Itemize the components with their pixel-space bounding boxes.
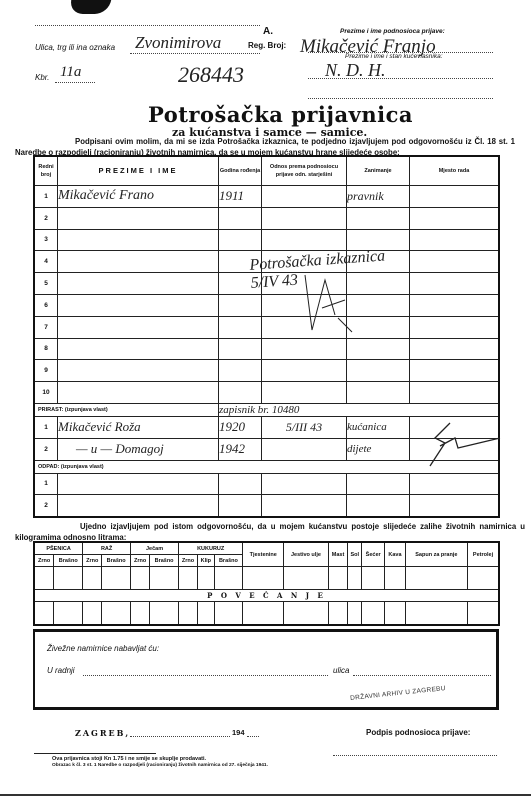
row-occupation[interactable]: pravnik [347, 186, 410, 208]
row-relation[interactable]: 5/III 43 [262, 416, 347, 438]
row-year[interactable] [219, 360, 262, 382]
group-header-psenica: PŠENICA [34, 542, 83, 555]
table-row: 3 [34, 229, 499, 251]
household-header-row: Redni broj PREZIME I IME Godina rođenja … [34, 156, 499, 186]
purchase-label: Živežne namirnice nabavljat ću: [47, 644, 159, 653]
form-title: Potrošačka prijavnica [148, 102, 413, 127]
sub-header: Zrno [178, 555, 197, 567]
row-year[interactable] [219, 316, 262, 338]
row-workplace[interactable] [410, 207, 500, 229]
initial-scribble-icon [300, 270, 360, 340]
stock-cell[interactable] [284, 567, 329, 590]
col-header-year: Godina rođenja [219, 156, 262, 186]
row-num: 1 [34, 416, 58, 438]
stock-cell[interactable] [131, 567, 150, 590]
row-year[interactable]: 1911 [219, 186, 262, 208]
row-occupation[interactable] [347, 360, 410, 382]
col-header-tjestenine: Tjestenine [243, 542, 284, 567]
row-occupation[interactable] [347, 495, 410, 517]
row-workplace[interactable] [410, 473, 500, 495]
stock-cell[interactable] [468, 567, 499, 590]
stock-cell[interactable] [362, 567, 385, 590]
col-header-workplace: Mjesto rada [410, 156, 500, 186]
landlord-field[interactable] [308, 78, 493, 79]
row-name[interactable] [58, 273, 219, 295]
row-num: 8 [34, 338, 58, 360]
col-header-sapun: Sapun za pranje [405, 542, 467, 567]
footer-rule [34, 753, 156, 754]
table-row: 6 [34, 294, 499, 316]
col-header-mast: Mast [328, 542, 348, 567]
prirast-section-row: PRIRAST: (izpunjava vlast) zapisnik br. … [34, 403, 499, 416]
stock-cell[interactable] [131, 602, 150, 626]
table-row: 2 [34, 495, 499, 517]
stock-values-row [34, 567, 499, 590]
price-note: Ova prijavnica stoji Kn 1.75 i ne smije … [52, 756, 206, 762]
top-dotted-line [35, 25, 260, 26]
street-value: Zvonimirova [135, 33, 221, 53]
row-workplace[interactable] [410, 360, 500, 382]
row-workplace[interactable] [410, 251, 500, 273]
year-suffix-field[interactable] [247, 736, 259, 737]
prirast-note: zapisnik br. 10480 [219, 403, 500, 416]
col-header-petrolej: Petrolej [468, 542, 499, 567]
stock-cell[interactable] [102, 567, 131, 590]
col-header-ulje: Jestivo ulje [284, 542, 329, 567]
row-year[interactable] [219, 207, 262, 229]
stock-cell[interactable] [102, 602, 131, 626]
stock-cell[interactable] [468, 602, 499, 626]
row-year[interactable]: 1942 [219, 438, 262, 460]
row-occupation[interactable] [347, 207, 410, 229]
stock-cell[interactable] [348, 602, 362, 626]
row-num: 1 [34, 186, 58, 208]
row-workplace[interactable] [410, 338, 500, 360]
purchase-box: Živežne namirnice nabavljat ću: U radnji… [33, 629, 499, 710]
increase-header-row: P O V E Ć A N J E [34, 590, 499, 602]
col-header-kava: Kava [385, 542, 405, 567]
stock-cell[interactable] [243, 567, 284, 590]
row-year[interactable] [219, 473, 262, 495]
table-row: 1 [34, 473, 499, 495]
row-occupation[interactable] [347, 338, 410, 360]
table-row: 1 Mikačević Frano 1911 pravnik [34, 186, 499, 208]
row-name[interactable] [58, 360, 219, 382]
row-workplace[interactable] [410, 316, 500, 338]
row-name[interactable]: Mikačević Frano [58, 186, 219, 208]
stock-cell[interactable] [385, 567, 405, 590]
stock-table: PŠENICA RAŽ Ječam KUKURUZ Tjestenine Jes… [33, 541, 500, 626]
group-header-kukuruz: KUKURUZ [178, 542, 242, 555]
row-workplace[interactable] [410, 229, 500, 251]
signature-label: Podpis podnosioca prijave: [366, 728, 470, 737]
street-field[interactable] [130, 53, 260, 54]
stock-cell[interactable] [34, 602, 54, 626]
stock-cell[interactable] [198, 602, 214, 626]
stock-cell[interactable] [54, 567, 83, 590]
table-row: 9 [34, 360, 499, 382]
col-header-occupation: Zanimanje [347, 156, 410, 186]
extra-dotted-line [308, 98, 493, 99]
row-relation[interactable] [262, 207, 347, 229]
row-num: 9 [34, 360, 58, 382]
row-name[interactable] [58, 495, 219, 517]
stock-cell[interactable] [178, 602, 197, 626]
signature-scribble-icon [400, 418, 520, 468]
archive-stamp: DRŽAVNI ARHIV U ZAGREBU [350, 685, 446, 702]
row-relation[interactable] [262, 360, 347, 382]
sub-header: Klip [198, 555, 214, 567]
col-header-secer: Šećer [362, 542, 385, 567]
sub-header: Brašno [150, 555, 179, 567]
stock-cell[interactable] [150, 602, 179, 626]
stock-cell[interactable] [284, 602, 329, 626]
row-name[interactable] [58, 316, 219, 338]
row-workplace[interactable] [410, 186, 500, 208]
row-relation[interactable] [262, 338, 347, 360]
row-relation[interactable] [262, 229, 347, 251]
table-row: 8 [34, 338, 499, 360]
row-occupation[interactable] [347, 473, 410, 495]
stock-cell[interactable] [150, 567, 179, 590]
stock-group-header-row: PŠENICA RAŽ Ječam KUKURUZ Tjestenine Jes… [34, 542, 499, 555]
row-num: 1 [34, 473, 58, 495]
page-bottom-edge [0, 794, 531, 796]
stock-cell[interactable] [214, 567, 243, 590]
row-num: 4 [34, 251, 58, 273]
increase-values-row [34, 602, 499, 626]
stock-intro: Ujedno izjavljujem pod istom odgovornošć… [15, 521, 525, 543]
row-year[interactable] [219, 294, 262, 316]
row-name[interactable] [58, 229, 219, 251]
row-name[interactable] [58, 294, 219, 316]
shop-field[interactable] [83, 675, 328, 676]
applicant-label: Prezime i ime podnosioca prijave: [340, 28, 445, 35]
row-num: 6 [34, 294, 58, 316]
section-letter: A. [263, 26, 273, 37]
prirast-label: PRIRAST: (izpunjava vlast) [34, 403, 219, 416]
ink-blot [69, 0, 111, 14]
row-relation[interactable] [262, 495, 347, 517]
group-header-raz: RAŽ [83, 542, 131, 555]
row-relation[interactable] [262, 186, 347, 208]
sub-header: Zrno [34, 555, 54, 567]
sub-header: Brašno [102, 555, 131, 567]
table-row: 7 [34, 316, 499, 338]
sub-header: Brašno [214, 555, 243, 567]
reg-label: Reg. Broj: [248, 41, 286, 50]
row-year[interactable] [219, 229, 262, 251]
stock-cell[interactable] [83, 602, 102, 626]
stock-cell[interactable] [385, 602, 405, 626]
stock-cell[interactable] [348, 567, 362, 590]
form-reference: Obrazac k čl. 3 st. 1 Naredbe o razpodje… [52, 763, 268, 768]
signature-field[interactable] [333, 755, 497, 756]
row-relation[interactable] [262, 382, 347, 404]
col-header-num: Redni broj [34, 156, 58, 186]
col-header-relation: Odnos prema podnosiocu prijave odn. star… [262, 156, 347, 186]
row-workplace[interactable] [410, 294, 500, 316]
row-workplace[interactable] [410, 273, 500, 295]
stock-cell[interactable] [405, 602, 467, 626]
row-num: 2 [34, 495, 58, 517]
row-name[interactable]: — u — Domagoj [58, 438, 219, 460]
row-occupation[interactable] [347, 382, 410, 404]
increase-label: P O V E Ć A N J E [34, 590, 499, 602]
stock-cell[interactable] [328, 602, 348, 626]
stock-cell[interactable] [362, 602, 385, 626]
row-num: 10 [34, 382, 58, 404]
row-name[interactable]: Mikačević Roža [58, 416, 219, 438]
stock-cell[interactable] [54, 602, 83, 626]
stock-cell[interactable] [328, 567, 348, 590]
date-field[interactable] [130, 736, 230, 737]
table-row: 2 [34, 207, 499, 229]
row-num: 2 [34, 438, 58, 460]
row-year[interactable] [219, 338, 262, 360]
street-label: Ulica, trg ili ina oznaka [35, 43, 115, 52]
shop-label: U radnji [47, 666, 75, 675]
row-name[interactable] [58, 207, 219, 229]
row-relation[interactable] [262, 473, 347, 495]
stock-cell[interactable] [83, 567, 102, 590]
stock-cell[interactable] [214, 602, 243, 626]
col-header-sol: Sol [348, 542, 362, 567]
house-field[interactable] [55, 82, 95, 83]
year-prefix: 194 [232, 728, 245, 737]
row-num: 3 [34, 229, 58, 251]
row-workplace[interactable] [410, 495, 500, 517]
reg-value: 268443 [178, 62, 244, 88]
landlord-label: Prezime i ime i stan kućevlasnika: [345, 53, 443, 60]
sub-header: Zrno [83, 555, 102, 567]
row-year[interactable]: 1920 [219, 416, 262, 438]
group-header-jecam: Ječam [131, 542, 179, 555]
row-name[interactable] [58, 251, 219, 273]
row-workplace[interactable] [410, 382, 500, 404]
house-label: Kbr. [35, 73, 49, 82]
stock-cell[interactable] [243, 602, 284, 626]
row-relation[interactable] [262, 438, 347, 460]
house-value: 11a [60, 64, 81, 81]
col-header-name: PREZIME I IME [58, 156, 219, 186]
sub-header: Zrno [131, 555, 150, 567]
street-purchase-field[interactable] [353, 675, 491, 676]
city-label: ZAGREB, [75, 728, 130, 738]
stock-cell[interactable] [178, 567, 197, 590]
street-purchase-label: ulica [333, 666, 349, 675]
row-year[interactable] [219, 495, 262, 517]
row-year[interactable] [219, 382, 262, 404]
row-num: 5 [34, 273, 58, 295]
row-name[interactable] [58, 338, 219, 360]
row-num: 7 [34, 316, 58, 338]
row-name[interactable] [58, 473, 219, 495]
row-name[interactable] [58, 382, 219, 404]
row-num: 2 [34, 207, 58, 229]
sub-header: Brašno [54, 555, 83, 567]
stock-cell[interactable] [34, 567, 54, 590]
stock-cell[interactable] [198, 567, 214, 590]
table-row: 10 [34, 382, 499, 404]
stock-cell[interactable] [405, 567, 467, 590]
